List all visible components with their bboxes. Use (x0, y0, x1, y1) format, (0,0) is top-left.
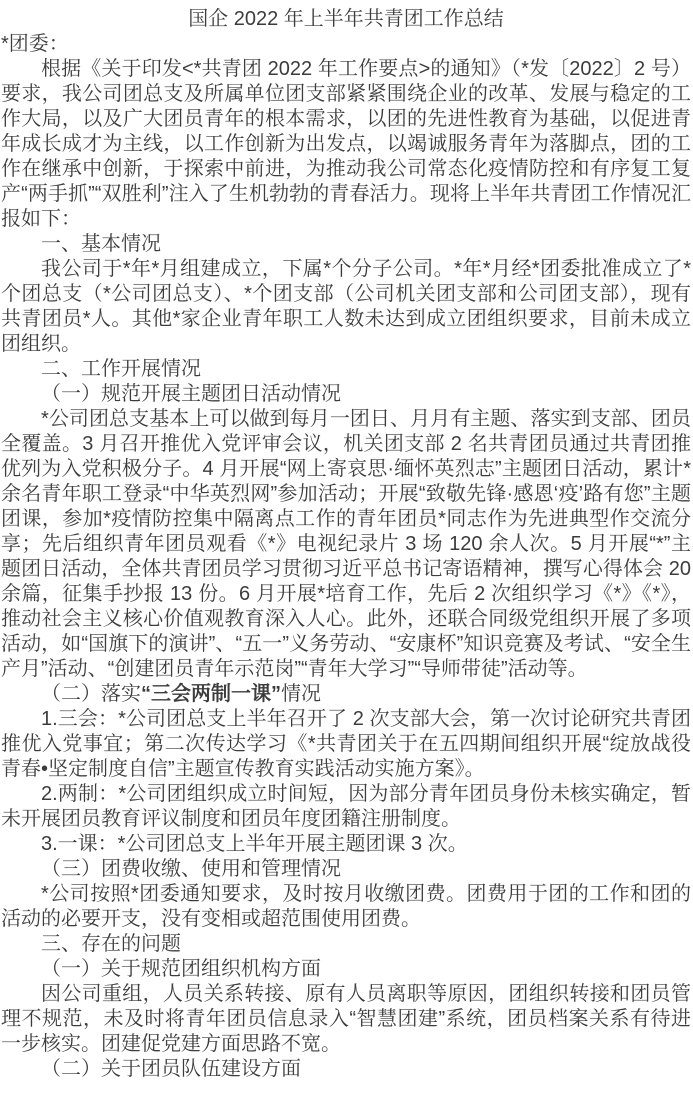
document-body: 国企 2022 年上半年共青团工作总结*团委：根据《关于印发<*共青团 2022… (1, 7, 691, 1082)
paragraph: （二）关于团员队伍建设方面 (1, 1057, 691, 1082)
paragraph: 二、工作开展情况 (1, 357, 691, 382)
text-run: （三）团费收缴、使用和管理情况 (41, 858, 341, 880)
text-run: （二）关于团员队伍建设方面 (41, 1058, 301, 1080)
document-page: 国企 2022 年上半年共青团工作总结*团委：根据《关于印发<*共青团 2022… (0, 0, 693, 1097)
text-run: *团委： (1, 33, 69, 55)
paragraph: 3.一课：*公司团总支上半年开展主题团课 3 次。 (1, 832, 691, 857)
paragraph: 一、基本情况 (1, 232, 691, 257)
text-run: 2.两制：*公司团组织成立时间短，因为部分青年团员身份未核实确定，暂未开展团员教… (1, 783, 691, 830)
paragraph: 2.两制：*公司团组织成立时间短，因为部分青年团员身份未核实确定，暂未开展团员教… (1, 782, 691, 832)
paragraph: *公司按照*团委通知要求，及时按月收缴团费。团费用于团的工作和团的活动的必要开支… (1, 882, 691, 932)
text-run: 二、工作开展情况 (41, 358, 201, 380)
text-run: 3.一课：*公司团总支上半年开展主题团课 3 次。 (41, 833, 468, 855)
text-run: 一、基本情况 (41, 233, 161, 255)
text-run: 因公司重组，人员关系转接、原有人员离职等原因，团组织转接和团员管理不规范，未及时… (1, 983, 691, 1055)
text-run: 我公司于*年*月组建成立，下属*个分子公司。*年*月经*团委批准成立了*个团总支… (1, 258, 691, 355)
paragraph: 因公司重组，人员关系转接、原有人员离职等原因，团组织转接和团员管理不规范，未及时… (1, 982, 691, 1057)
text-run: 根据《关于印发<*共青团 2022 年工作要点>的通知》（*发〔2022〕2 号… (1, 58, 691, 230)
text-run: 国企 2022 年上半年共青团工作总结 (188, 8, 504, 30)
text-run: *公司按照*团委通知要求，及时按月收缴团费。团费用于团的工作和团的活动的必要开支… (1, 883, 691, 930)
text-run: （一）规范开展主题团日活动情况 (41, 383, 341, 405)
text-run: （二）落实 (41, 683, 141, 705)
paragraph: （三）团费收缴、使用和管理情况 (1, 857, 691, 882)
text-run: 1.三会：*公司团总支上半年召开了 2 次支部大会，第一次讨论研究共青团推优入党… (1, 708, 691, 780)
paragraph: *公司团总支基本上可以做到每月一团日、月月有主题、落实到支部、团员全覆盖。3 月… (1, 407, 691, 682)
paragraph: （二）落实“三会两制一课”情况 (1, 682, 691, 707)
paragraph: （一）规范开展主题团日活动情况 (1, 382, 691, 407)
paragraph: 1.三会：*公司团总支上半年召开了 2 次支部大会，第一次讨论研究共青团推优入党… (1, 707, 691, 782)
paragraph: 我公司于*年*月组建成立，下属*个分子公司。*年*月经*团委批准成立了*个团总支… (1, 257, 691, 357)
text-run: 情况 (281, 683, 321, 705)
bold-text-run: “三会两制一课” (141, 683, 281, 705)
paragraph: （一）关于规范团组织机构方面 (1, 957, 691, 982)
paragraph: 根据《关于印发<*共青团 2022 年工作要点>的通知》（*发〔2022〕2 号… (1, 57, 691, 232)
text-run: *公司团总支基本上可以做到每月一团日、月月有主题、落实到支部、团员全覆盖。3 月… (1, 408, 691, 680)
text-run: 三、存在的问题 (41, 933, 181, 955)
paragraph: 三、存在的问题 (1, 932, 691, 957)
document-title: 国企 2022 年上半年共青团工作总结 (1, 7, 691, 32)
text-run: （一）关于规范团组织机构方面 (41, 958, 321, 980)
paragraph: *团委： (1, 32, 691, 57)
